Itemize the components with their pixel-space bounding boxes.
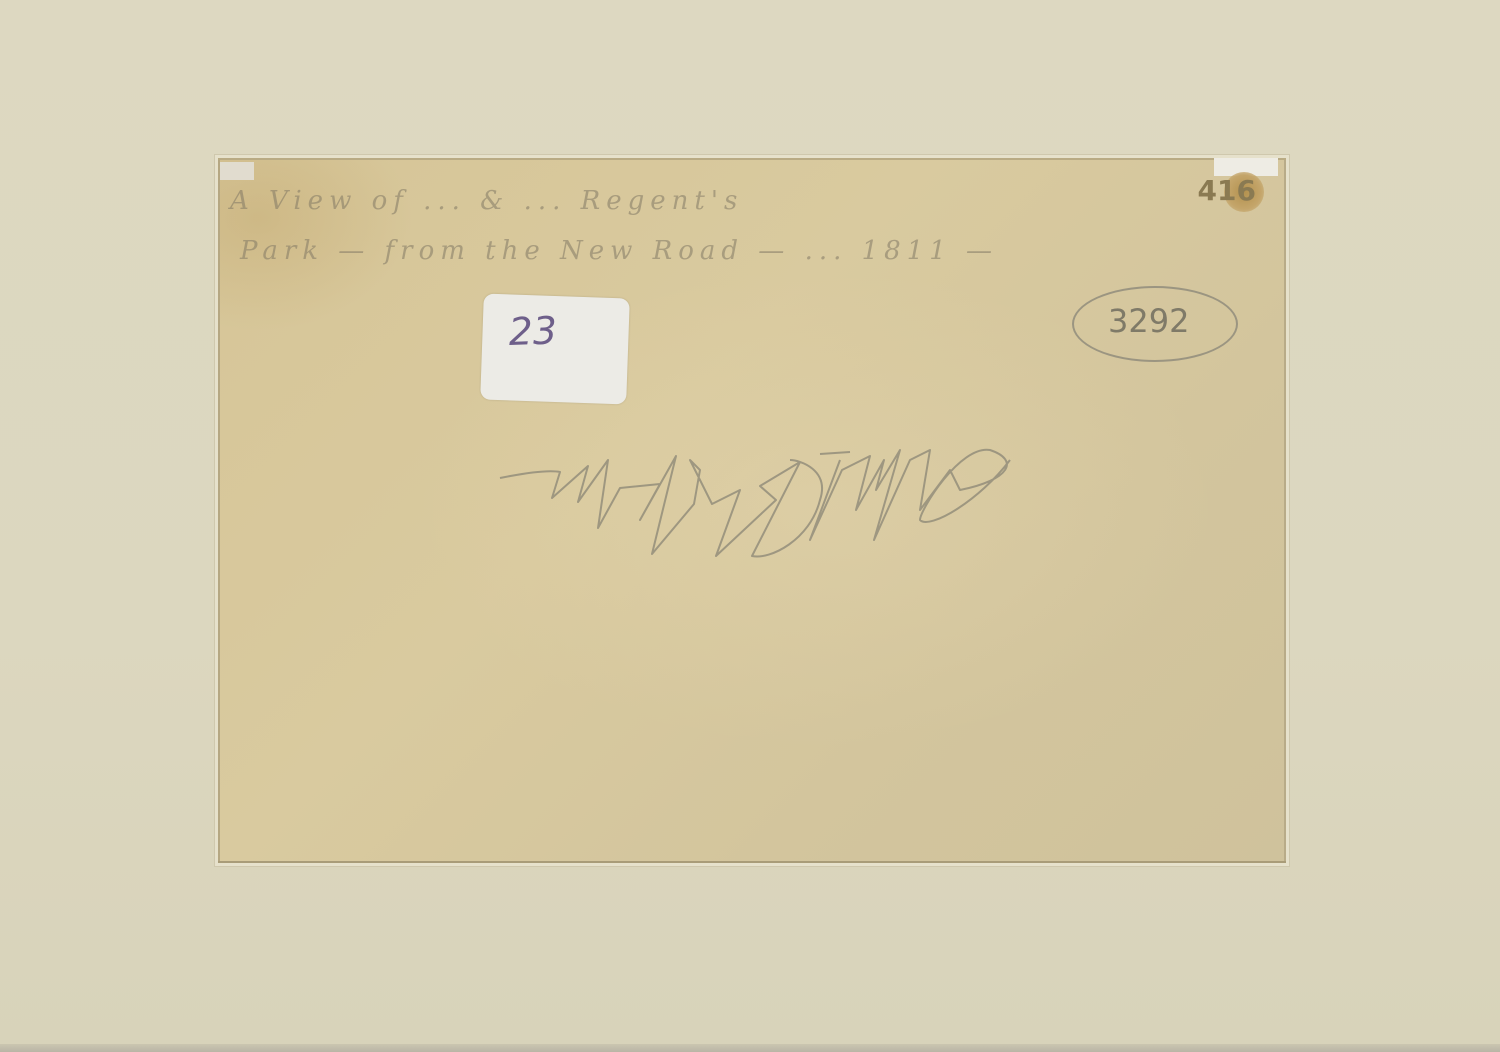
paper-label: 23 [480,293,630,404]
inventory-number: 3292 [1108,302,1189,340]
pencil-inscription-line-1: A View of ... & ... Regent's [230,186,743,216]
page-number: 416 [1198,174,1256,207]
mat-bottom-edge [0,1044,1500,1052]
label-number: 23 [508,308,558,354]
pencil-inscription-line-2: Park — from the New Road — ... 1811 — [240,236,998,266]
paper-sheet: A View of ... & ... Regent's Park — from… [218,158,1286,863]
oval-inventory-mark: 3292 [1072,286,1238,362]
tape-top-left [220,162,254,180]
pencil-signature-scribble [490,420,1250,570]
